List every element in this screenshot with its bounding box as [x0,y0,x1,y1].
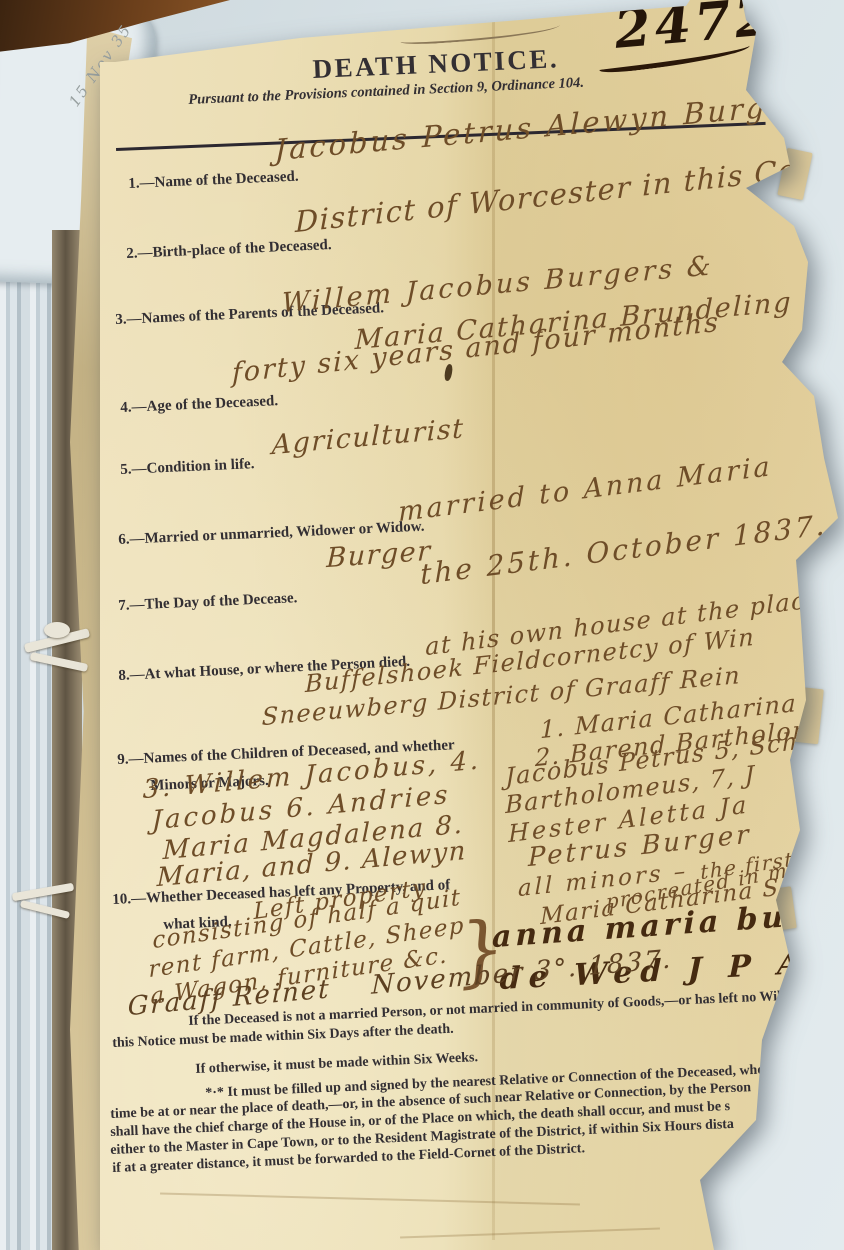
death-notice-sheet: Filed 23 Nov 1837 2472. DEATH NOTICE. Pu… [100,0,844,1250]
filed-date-note: Filed 23 Nov 1837 [353,0,602,32]
field-1-label: 1.—Name of the Deceased. [128,169,299,193]
field-2-label: 2.—Birth-place of the Deceased. [126,237,332,263]
field-2-answer: District of Worcester in this Colony [295,145,844,239]
document-shadow-wrap: Filed 23 Nov 1837 2472. DEATH NOTICE. Pu… [0,0,844,1250]
field-7-label: 7.—The Day of the Decease. [118,590,298,615]
footer-para1-line2: this Notice must be made within Six Days… [112,1022,454,1052]
field-4-label: 4.—Age of the Deceased. [120,393,278,417]
field-5-answer: Agriculturist [271,413,464,461]
field-7-answer: the 25th. October 1837. [420,508,828,591]
horizontal-crease [400,1227,660,1238]
filed-note-flourish [400,23,560,46]
field-5-label: 5.—Condition in life. [120,456,255,479]
horizontal-crease [160,1193,580,1206]
field-6-answer-line1: married to Anna Maria [398,451,773,528]
field-6-answer-line2: Burger [326,536,432,574]
archival-photo: 15 Nov 35 Filed 23 Nov 1837 2472. DEATH … [0,0,844,1250]
footer-para2: If otherwise, it must be made within Six… [195,1050,478,1078]
